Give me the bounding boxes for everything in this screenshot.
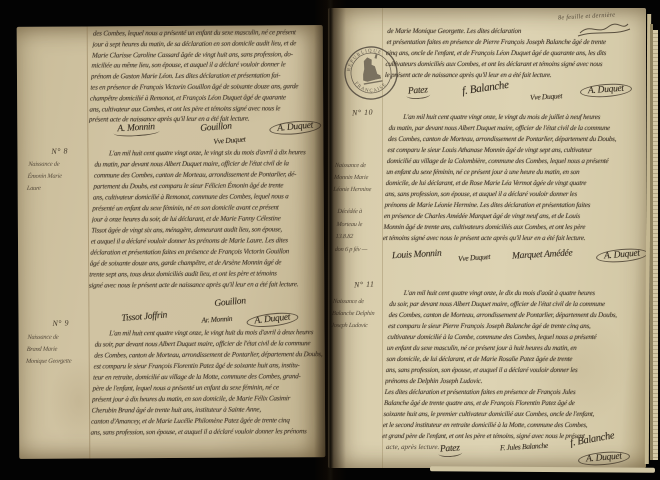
right-page: 8e feuille et dernière RÉPUBLIQUE FRANÇA… — [328, 8, 646, 468]
manuscript-line: prénoms de Marie Léonie Hermine. Les dit… — [384, 200, 639, 211]
margin-note: Naissance deÉmonin MarieLaure — [26, 159, 62, 195]
manuscript-line: ans, sans profession, son épouse, et auq… — [385, 365, 640, 376]
manuscript-line: teur en retraite, domicilié au village d… — [93, 371, 325, 383]
manuscript-line: soixante huit ans, le premier cultivateu… — [383, 409, 638, 420]
manuscript-line: en présence de Charles Amédée Marquet âg… — [384, 211, 639, 222]
manuscript-line: un enfant du sexe féminin, né ce présent… — [386, 167, 641, 178]
record-number: N° 9 — [52, 318, 69, 328]
signature: Patez — [440, 443, 460, 454]
manuscript-line: du soir, par devant nous Albert Duquet m… — [389, 299, 644, 310]
record-9-text: L'an mil huit cent quatre vingt onze, le… — [90, 327, 325, 438]
signature: Vve Duquet — [530, 91, 563, 102]
manuscript-line: et présentation faites en présence de Pi… — [386, 37, 641, 48]
signature: A. Duquet — [578, 450, 631, 467]
record-10-text: L'an mil huit cent quatre vingt onze, le… — [383, 112, 644, 244]
manuscript-line: ans, sans profession, son épouse, et auq… — [385, 189, 640, 200]
manuscript-line: le présent acte de naissance après qu'il… — [385, 70, 640, 81]
signature: Louis Monnin — [392, 249, 442, 262]
record-11-last-line: acte, après lecture. — [386, 443, 440, 451]
manuscript-line: et témoins signé avec nous le présent ac… — [383, 233, 638, 244]
manuscript-line: est comparu le sieur Pierre François Jos… — [388, 321, 643, 332]
left-page: des Combes, lequel nous a présenté un en… — [17, 25, 326, 459]
page-edge-ruled — [653, 30, 658, 460]
manuscript-line: Monnin âgé de trente ans, cultivateurs d… — [383, 222, 638, 233]
manuscript-line: ans, sans profession, son épouse, et auq… — [90, 426, 323, 438]
signature: Vve Duquet — [458, 252, 491, 263]
manuscript-line: son domicile, de lui déclarant, et de Ma… — [386, 354, 641, 365]
signature: f. Balanche — [461, 79, 509, 97]
manuscript-line: domicile, de lui déclarant, et de Rose M… — [385, 178, 640, 189]
manuscript-line: Marie Clarisse Caroline Cassard âgée de … — [92, 49, 324, 61]
signature: Marquet Amédée — [512, 248, 573, 261]
manuscript-line: L'an mil huit cent quatre vingt onze, le… — [389, 112, 644, 123]
manuscript-line: des Combes, canton de Morteau, arrondiss… — [388, 310, 643, 321]
signature: F. Jules Balanche — [500, 441, 548, 452]
manuscript-line: Brand Marie — [26, 344, 72, 356]
manuscript-line: tes en présence de François Victorin Gou… — [90, 81, 322, 93]
signature: A. Duquet — [580, 82, 633, 99]
manuscript-line: commune des Combes, canton de Morteau, a… — [94, 169, 326, 181]
record-8-text: L'an mil huit cent quatre vingt onze, le… — [89, 147, 326, 291]
signature: Patez — [408, 85, 428, 96]
signature: Gouillon — [214, 296, 246, 309]
manuscript-line: Émonin Marie — [27, 171, 62, 183]
stamp-figure-icon — [359, 54, 383, 85]
manuscript-line: L'an mil huit cent quatre vingt onze, le… — [95, 147, 326, 159]
manuscript-line: déclaration et présentation faites en pr… — [90, 246, 323, 258]
manuscript-line: cinq ans, oncle de l'enfant, et de Franç… — [386, 48, 641, 59]
manuscript-line: un enfant du sexe masculin, né ce présen… — [387, 343, 642, 354]
manuscript-line: de Marie Monique Georgette. Les dites dé… — [387, 26, 642, 37]
record-continuation-text: des Combes, lequel nous a présenté un en… — [89, 27, 325, 126]
record-9-continuation-text: de Marie Monique Georgette. Les dites dé… — [385, 26, 642, 81]
record-11-text: L'an mil huit cent quatre vingt onze, le… — [382, 288, 644, 442]
manuscript-line: L'an mil huit cent quatre vingt onze, le… — [389, 288, 644, 299]
signature: Tissot Joffrin — [121, 310, 167, 323]
record-number: N° 10 — [352, 108, 373, 118]
signature: A. Monnin — [117, 122, 155, 134]
record-number: N° 8 — [51, 146, 68, 156]
signature: Gouillon — [200, 122, 232, 134]
record-number: N° 11 — [354, 280, 375, 290]
manuscript-line: du matin, par devant nous Albert Duquet … — [388, 123, 643, 134]
binding-gutter — [314, 0, 346, 480]
manuscript-line: Laure — [26, 183, 61, 195]
manuscript-line: Balanche âgé de trente quatre ans, et de… — [384, 398, 639, 409]
manuscript-line: présent jour à dix heures du matin, en s… — [92, 393, 325, 405]
manuscript-line: jour à sept heures du matin, de sa décla… — [92, 38, 324, 50]
manuscript-line: domicilié au village de la Colombière, c… — [387, 156, 642, 167]
manuscript-line: Naissance de — [28, 159, 63, 171]
manuscript-line: Naissance de — [27, 332, 73, 344]
scanned-register-spread: des Combes, lequel nous a présenté un en… — [0, 0, 660, 480]
manuscript-line: signé avec nous le présent acte de naiss… — [89, 279, 322, 291]
manuscript-line: Les dites déclaration et présentation fa… — [384, 387, 639, 398]
manuscript-line: Monique Georgette — [26, 356, 72, 368]
manuscript-line: cultivateur domicilié à la Combe, commun… — [387, 332, 642, 343]
manuscript-line: et le second instituteur en retraite dom… — [383, 420, 638, 431]
manuscript-line: cultivateurs domiciliés aux Combes, et o… — [385, 59, 640, 70]
manuscript-line: des Combes, canton de Morteau, arrondiss… — [388, 134, 643, 145]
manuscript-line: est comparu le sieur Louis Athanase Monn… — [387, 145, 642, 156]
signature: Ar. Monnin — [201, 314, 232, 325]
page-bottom-edge — [430, 466, 655, 473]
signature: A. Duquet — [596, 247, 646, 264]
signature: Vve Duquet — [213, 134, 246, 145]
manuscript-line: prénoms de Delphin Joseph Ludovic. — [385, 376, 640, 387]
margin-note: Naissance deBrand MarieMonique Georgette — [26, 332, 74, 368]
